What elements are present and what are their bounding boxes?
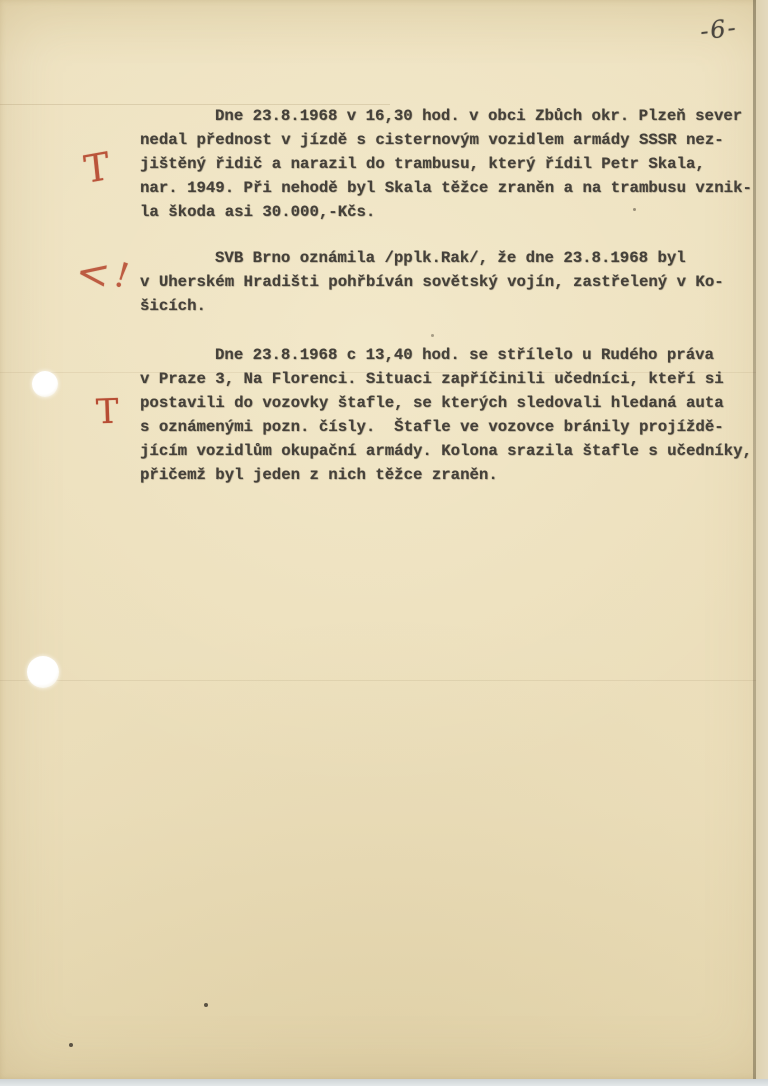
punch-hole-top bbox=[32, 371, 58, 397]
typewritten-line: jištěný řidič a narazil do trambusu, kte… bbox=[140, 152, 764, 176]
paper-speck bbox=[69, 1043, 73, 1047]
page-edge-margin bbox=[756, 0, 768, 1079]
typewritten-line: šicích. bbox=[140, 294, 764, 318]
typewritten-line: la škoda asi 30.000,-Kčs. bbox=[140, 200, 764, 224]
angle-glyph: < bbox=[73, 249, 113, 299]
scanner-background-strip bbox=[0, 1079, 768, 1086]
paper-speck bbox=[204, 1003, 208, 1007]
punch-hole-bottom bbox=[27, 656, 59, 688]
typewritten-line: s oznámenými pozn. čísly. Štafle ve vozo… bbox=[140, 415, 764, 439]
typewritten-paragraph: SVB Brno oznámila /pplk.Rak/, že dne 23.… bbox=[140, 246, 764, 318]
typewritten-line: SVB Brno oznámila /pplk.Rak/, že dne 23.… bbox=[140, 246, 764, 270]
red-margin-tick-2: T bbox=[95, 392, 119, 433]
typewritten-line: Dne 23.8.1968 c 13,40 hod. se střílelo u… bbox=[140, 343, 764, 367]
typewritten-line: Dne 23.8.1968 v 16,30 hod. v obci Zbůch … bbox=[140, 104, 764, 128]
typewritten-paragraph: Dne 23.8.1968 c 13,40 hod. se střílelo u… bbox=[140, 343, 764, 487]
paper-sheet: -6- T <! T Dne 23.8.1968 v 16,30 hod. v … bbox=[0, 0, 768, 1079]
paper-crease bbox=[0, 680, 768, 681]
typewritten-paragraph: Dne 23.8.1968 v 16,30 hod. v obci Zbůch … bbox=[140, 104, 764, 224]
typewritten-text-block: Dne 23.8.1968 v 16,30 hod. v obci Zbůch … bbox=[140, 104, 764, 487]
typewritten-line: postavili do vozovky štafle, se kterých … bbox=[140, 391, 764, 415]
typewritten-line: nedal přednost v jízdě s cisternovým voz… bbox=[140, 128, 764, 152]
exclaim-glyph: ! bbox=[108, 255, 133, 297]
typewritten-line: v Praze 3, Na Florenci. Situaci zapříčin… bbox=[140, 367, 764, 391]
typewritten-line: nar. 1949. Při nehodě byl Skala těžce zr… bbox=[140, 176, 764, 200]
typewritten-line: jícím vozidlům okupační armády. Kolona s… bbox=[140, 439, 764, 463]
typewritten-line: přičemž byl jeden z nich těžce zraněn. bbox=[140, 463, 764, 487]
red-margin-angle-mark: <! bbox=[73, 249, 130, 302]
red-margin-tick-1: T bbox=[82, 144, 112, 192]
typewritten-line: v Uherském Hradišti pohřbíván sovětský v… bbox=[140, 270, 764, 294]
